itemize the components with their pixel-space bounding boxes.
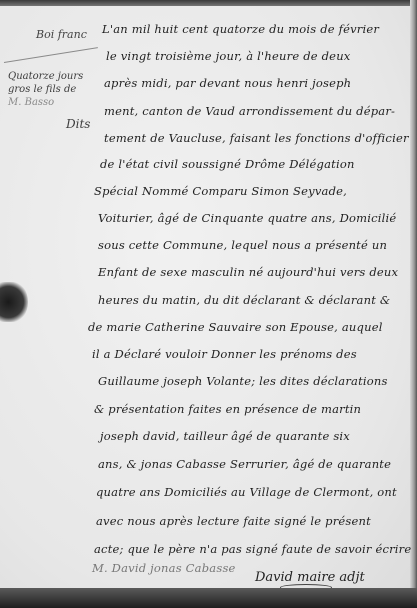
ink-blot xyxy=(0,282,28,322)
text-line: & présentation faites en présence de mar… xyxy=(94,402,361,416)
margin-note-line: gros le fils de xyxy=(8,83,76,96)
page-bottom-edge xyxy=(0,588,417,608)
mayor-signature: David maire adjt xyxy=(255,570,365,585)
margin-heading: Boi franc xyxy=(36,28,87,41)
page-right-edge xyxy=(410,0,417,608)
text-line: de l'état civil soussigné Drôme Délégati… xyxy=(100,157,355,171)
text-line: heures du matin, du dit déclarant & décl… xyxy=(98,293,390,307)
text-line: avec nous après lecture faite signé le p… xyxy=(96,514,371,528)
margin-note-line: M. Basso xyxy=(8,96,54,109)
margin-dit: Dits xyxy=(66,118,90,131)
text-line: tement de Vaucluse, faisant les fonction… xyxy=(104,131,409,145)
text-line: M. David jonas Cabasse xyxy=(92,561,236,575)
text-line: sous cette Commune, lequel nous a présen… xyxy=(98,238,387,252)
text-line: quatre ans Domiciliés au Village de Cler… xyxy=(96,485,397,499)
text-line: Voiturier, âgé de Cinquante quatre ans, … xyxy=(98,211,396,225)
text-line: il a Déclaré vouloir Donner les prénoms … xyxy=(92,347,357,361)
text-line: acte; que le père n'a pas signé faute de… xyxy=(94,542,411,556)
text-line: ans, & jonas Cabasse Serrurier, âgé de q… xyxy=(98,457,391,471)
text-line: L'an mil huit cent quatorze du mois de f… xyxy=(102,22,379,36)
text-line: Spécial Nommé Comparu Simon Seyvade, xyxy=(94,184,347,198)
margin-note-line: Quatorze jours xyxy=(8,70,83,83)
text-line: ment, canton de Vaud arrondissement du d… xyxy=(104,104,395,118)
text-line: Guillaume joseph Volante; les dites décl… xyxy=(98,374,388,388)
text-line: joseph david, tailleur âgé de quarante s… xyxy=(100,429,350,443)
text-line: le vingt troisième jour, à l'heure de de… xyxy=(106,49,350,63)
text-line: Enfant de sexe masculin né aujourd'hui v… xyxy=(98,265,398,279)
text-line: de marie Catherine Sauvaire son Epouse, … xyxy=(88,320,383,334)
text-line: après midi, par devant nous henri joseph xyxy=(104,76,351,90)
